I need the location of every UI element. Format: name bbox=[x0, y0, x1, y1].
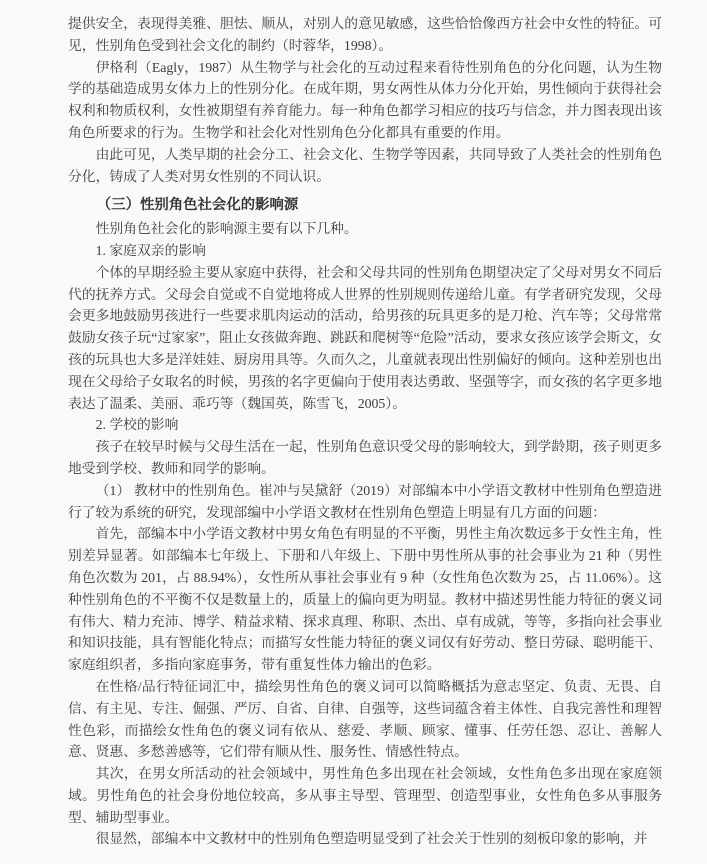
paragraph-conclusion: 很显然，部编本中文教材中的性别角色塑造明显受到了社会关于性别的刻板印象的影响，并 bbox=[68, 828, 662, 850]
paragraph-social-domains: 其次，在男女所活动的社会领域中，男性角色多出现在社会领域，女性角色多出现在家庭领… bbox=[68, 763, 662, 828]
paragraph-character-traits: 在性格/品行特征词汇中，描绘男性角色的褒义词可以简略概括为意志坚定、负责、无畏、… bbox=[68, 676, 662, 763]
document-page: 提供安全，表现得美雅、胆怯、顺从，对别人的意见敏感，这些恰恰像西方社会中女性的特… bbox=[0, 0, 707, 864]
paragraph-continuation: 提供安全，表现得美雅、胆怯、顺从，对别人的意见敏感，这些恰恰像西方社会中女性的特… bbox=[68, 13, 662, 57]
subsection-title-school: 2. 学校的影响 bbox=[68, 414, 662, 436]
section-heading: （三）性别角色社会化的影响源 bbox=[68, 195, 662, 217]
subsection-title-family: 1. 家庭双亲的影响 bbox=[68, 240, 662, 262]
paragraph-sources-intro: 性别角色社会化的影响源主要有以下几种。 bbox=[68, 218, 662, 240]
paragraph-family-influence: 个体的早期经验主要从家庭中获得，社会和父母共同的性别角色期望决定了父母对男女不同… bbox=[68, 262, 662, 415]
paragraph-summary: 由此可见，人类早期的社会分工、社会文化、生物学等因素，共同导致了人类社会的性别角… bbox=[68, 144, 662, 188]
paragraph-eagly-theory: 伊格利（Eagly，1987）从生物学与社会化的互动过程来看待性别角色的分化问题… bbox=[68, 57, 662, 144]
paragraph-textbook-roles: （1） 教材中的性别角色。崔冲与吴黛舒（2019）对部编本中小学语文教材中性别角… bbox=[68, 480, 662, 524]
paragraph-gender-imbalance: 首先，部编本中小学语文教材中男女角色有明显的不平衡，男性主角次数远多于女性主角，… bbox=[68, 523, 662, 676]
paragraph-school-influence: 孩子在较早时候与父母生活在一起，性别角色意识受父母的影响较大，到学龄期，孩子则更… bbox=[68, 436, 662, 480]
